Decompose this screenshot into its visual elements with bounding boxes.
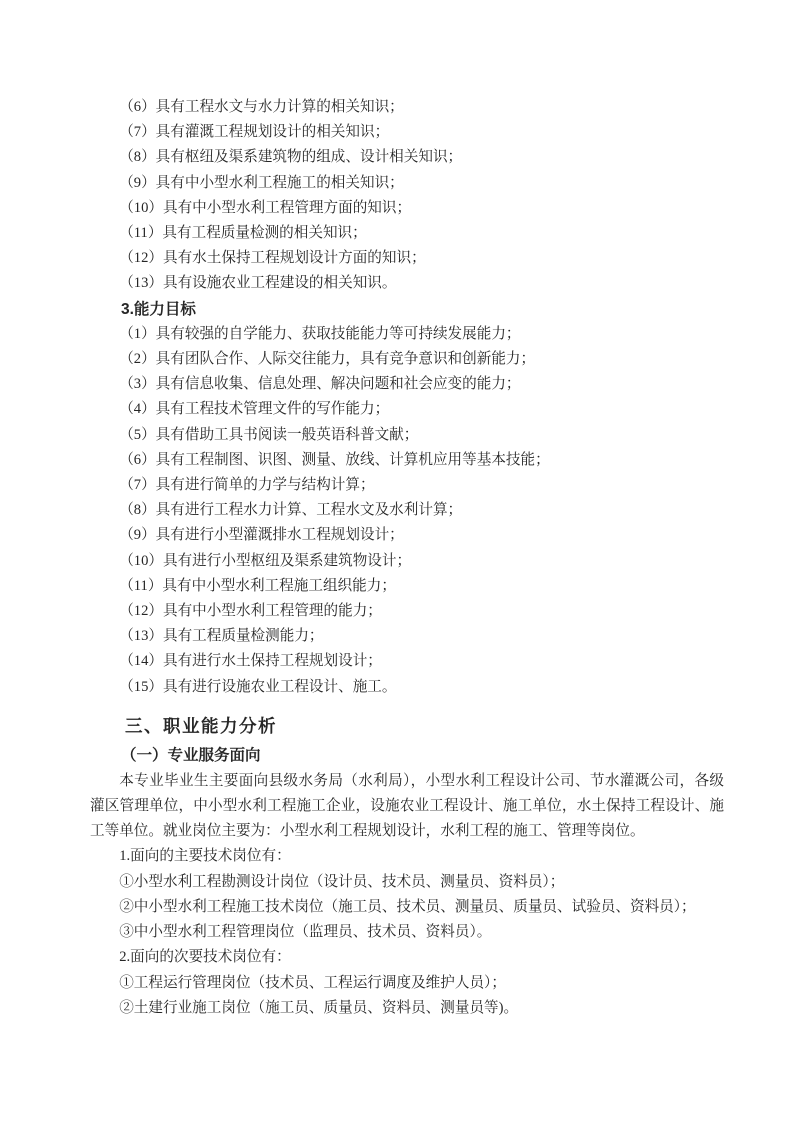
knowledge-item: （6）具有工程水文与水力计算的相关知识； (90, 95, 724, 120)
primary-job-item: ③中小型水利工程管理岗位（监理员、技术员、资料员）。 (90, 920, 724, 945)
ability-item: （1）具有较强的自学能力、获取技能能力等可持续发展能力； (90, 322, 724, 347)
document-page: （6）具有工程水文与水力计算的相关知识； （7）具有灌溉工程规划设计的相关知识；… (0, 0, 793, 1122)
ability-item: （9）具有进行小型灌溉排水工程规划设计； (90, 523, 724, 548)
knowledge-item: （13）具有设施农业工程建设的相关知识。 (90, 271, 724, 296)
ability-item: （5）具有借助工具书阅读一般英语科普文献； (90, 423, 724, 448)
section-heading-occupational-ability-analysis: 三、职业能力分析 (90, 713, 724, 739)
ability-item: （12）具有中小型水利工程管理的能力； (90, 599, 724, 624)
secondary-jobs-intro: 2.面向的次要技术岗位有： (90, 945, 724, 970)
knowledge-item: （12）具有水土保持工程规划设计方面的知识； (90, 246, 724, 271)
secondary-job-item: ②土建行业施工岗位（施工员、质量员、资料员、测量员等)。 (90, 996, 724, 1021)
ability-item: （8）具有进行工程水力计算、工程水文及水利计算； (90, 498, 724, 523)
primary-job-item: ②中小型水利工程施工技术岗位（施工员、技术员、测量员、质量员、试验员、资料员）； (90, 895, 724, 920)
subsection-heading-professional-service-orientation: （一）专业服务面向 (90, 743, 724, 769)
knowledge-item: （11）具有工程质量检测的相关知识； (90, 221, 724, 246)
knowledge-item: （10）具有中小型水利工程管理方面的知识； (90, 196, 724, 221)
ability-item: （15）具有进行设施农业工程设计、施工。 (90, 675, 724, 700)
ability-item: （10）具有进行小型枢纽及渠系建筑物设计； (90, 549, 724, 574)
service-orientation-paragraph: 本专业毕业生主要面向县级水务局（水利局），小型水利工程设计公司、节水灌溉公司，各… (90, 769, 724, 845)
ability-item: （3）具有信息收集、信息处理、解决问题和社会应变的能力； (90, 372, 724, 397)
ability-item: （6）具有工程制图、识图、测量、放线、计算机应用等基本技能； (90, 448, 724, 473)
primary-jobs-intro: 1.面向的主要技术岗位有： (90, 844, 724, 869)
secondary-job-item: ①工程运行管理岗位（技术员、工程运行调度及维护人员）； (90, 971, 724, 996)
heading-ability-goals: 3.能力目标 (90, 297, 724, 322)
primary-job-item: ①小型水利工程勘测设计岗位（设计员、技术员、测量员、资料员）； (90, 870, 724, 895)
ability-item: （13）具有工程质量检测能力； (90, 624, 724, 649)
ability-item: （7）具有进行简单的力学与结构计算； (90, 473, 724, 498)
knowledge-item: （9）具有中小型水利工程施工的相关知识； (90, 171, 724, 196)
ability-item: （11）具有中小型水利工程施工组织能力； (90, 574, 724, 599)
ability-item: （4）具有工程技术管理文件的写作能力； (90, 397, 724, 422)
ability-item: （14）具有进行水土保持工程规划设计； (90, 649, 724, 674)
ability-item: （2）具有团队合作、人际交往能力，具有竞争意识和创新能力； (90, 347, 724, 372)
knowledge-item: （8）具有枢纽及渠系建筑物的组成、设计相关知识； (90, 145, 724, 170)
knowledge-item: （7）具有灌溉工程规划设计的相关知识； (90, 120, 724, 145)
